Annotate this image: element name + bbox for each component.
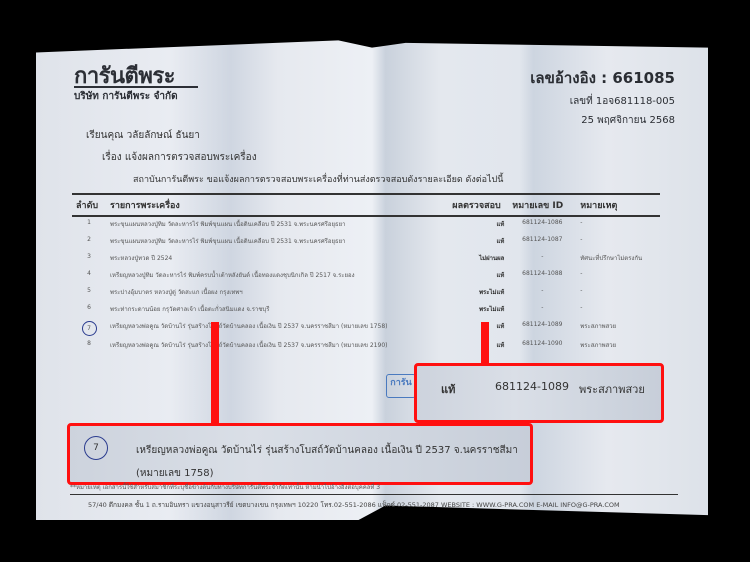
row-id: 681124-1086 xyxy=(508,216,576,234)
table-row: 2พระขุนแผนหลวงปู่ทิม วัดละหารไร่ พิมพ์ขุ… xyxy=(72,234,660,251)
table-row: 7เหรียญหลวงพ่อคูณ วัดบ้านไร่ รุ่นสร้างโบ… xyxy=(72,319,660,338)
col-note: หมายเหตุ xyxy=(576,194,660,216)
footer-note: **หมายเหตุ เอกสารนี้ใช้สำหรับสมาชิกที่ระ… xyxy=(70,482,380,492)
pen-circle: 7 xyxy=(82,321,97,336)
row-note: ทัศนะที่ปรึกษาไม่ตรงกัน xyxy=(576,251,660,268)
row-id: 681124-1090 xyxy=(508,338,576,355)
row-item: พระปางอุ้มบาตร หลวงปู่ดู่ วัดสะแก เนื้อผ… xyxy=(106,285,448,302)
footer-address: 57/40 ตึกมงคล ชั้น 1 ถ.รามอินทรา แขวงอนุ… xyxy=(88,500,620,510)
row-id: - xyxy=(508,251,576,268)
row-item: เหรียญหลวงปู่ทิม วัดละหารไร่ พิมพ์ครบน้ำ… xyxy=(106,268,448,285)
row-item: พระหลวงปู่ทวด ปี 2524 xyxy=(106,251,448,268)
row-number: 2 xyxy=(72,234,106,251)
row-id: 681124-1087 xyxy=(508,234,576,251)
row-note: - xyxy=(576,302,660,319)
col-result: ผลตรวจสอบ xyxy=(448,194,508,216)
row-item: พระท่ากระดานน้อย กรุวัดศาลเจ้า เนื้อตะกั… xyxy=(106,302,448,319)
row-result: แท้ xyxy=(448,338,508,355)
row-item: เหรียญหลวงพ่อคูณ วัดบ้านไร่ รุ่นสร้างโบส… xyxy=(106,319,448,338)
logo-divider xyxy=(74,86,198,88)
reference-number: เลขอ้างอิง : 661085 xyxy=(530,66,675,90)
row-number: 6 xyxy=(72,302,106,319)
row-item: เหรียญหลวงพ่อคูณ วัดบ้านไร่ รุ่นสร้างโบส… xyxy=(106,338,448,355)
row-note: - xyxy=(576,216,660,234)
row-note: - xyxy=(576,234,660,251)
row-note: - xyxy=(576,285,660,302)
table-row: 1พระขุนแผนหลวงปู่ทิม วัดละหารไร่ พิมพ์ขุ… xyxy=(72,216,660,234)
row-number: 5 xyxy=(72,285,106,302)
highlight-note: พระสภาพสวย xyxy=(579,380,645,398)
row-result: แท้ xyxy=(448,268,508,285)
row-number: 1 xyxy=(72,216,106,234)
row-note: - xyxy=(576,268,660,285)
row-result: พระไม่แท้ xyxy=(448,285,508,302)
row-result: แท้ xyxy=(448,216,508,234)
table-row: 5พระปางอุ้มบาตร หลวงปู่ดู่ วัดสะแก เนื้อ… xyxy=(72,285,660,302)
table-row: 8เหรียญหลวงพ่อคูณ วัดบ้านไร่ รุ่นสร้างโบ… xyxy=(72,338,660,355)
results-table: ลำดับ รายการพระเครื่อง ผลตรวจสอบ หมายเลข… xyxy=(72,193,660,355)
col-item: รายการพระเครื่อง xyxy=(106,194,448,216)
row-note: พระสภาพสวย xyxy=(576,319,660,338)
table-row: 3พระหลวงปู่ทวด ปี 2524ไม่ผ่านผล-ทัศนะที่… xyxy=(72,251,660,268)
highlight-item-text: เหรียญหลวงพ่อคูณ วัดบ้านไร่ รุ่นสร้างโบส… xyxy=(136,439,526,485)
row-number: 8 xyxy=(72,338,106,355)
highlight-result-box: แท้ 681124-1089 พระสภาพสวย xyxy=(414,363,664,423)
document-number: เลขที่ 1อจ681118-005 xyxy=(570,94,675,109)
intro-text: สถาบันการันตีพระ ขอแจ้งผลการตรวจสอบพระเค… xyxy=(133,172,503,186)
table-row: 6พระท่ากระดานน้อย กรุวัดศาลเจ้า เนื้อตะก… xyxy=(72,302,660,319)
connector-line-left xyxy=(211,322,219,426)
footer-divider xyxy=(70,494,678,495)
document-date: 25 พฤศจิกายน 2568 xyxy=(581,113,675,128)
highlight-item-box: 7 เหรียญหลวงพ่อคูณ วัดบ้านไร่ รุ่นสร้างโ… xyxy=(67,423,533,485)
row-number: 4 xyxy=(72,268,106,285)
connector-line-right xyxy=(481,322,489,364)
row-result: แท้ xyxy=(448,234,508,251)
row-item: พระขุนแผนหลวงปู่ทิม วัดละหารไร่ พิมพ์ขุน… xyxy=(106,216,448,234)
row-item: พระขุนแผนหลวงปู่ทิม วัดละหารไร่ พิมพ์ขุน… xyxy=(106,234,448,251)
row-result: แท้ xyxy=(448,319,508,338)
row-result: พระไม่แท้ xyxy=(448,302,508,319)
row-id: 681124-1089 xyxy=(508,319,576,338)
table-header: ลำดับ รายการพระเครื่อง ผลตรวจสอบ หมายเลข… xyxy=(72,194,660,216)
circled-number: 7 xyxy=(84,436,108,460)
company-stamp: การัน xyxy=(386,374,416,398)
row-note: พระสภาพสวย xyxy=(576,338,660,355)
col-id: หมายเลข ID xyxy=(508,194,576,216)
recipient: เรียนคุณ วลัยลักษณ์ ธันยา xyxy=(86,128,200,143)
row-number: 3 xyxy=(72,251,106,268)
subject: เรื่อง แจ้งผลการตรวจสอบพระเครื่อง xyxy=(102,150,257,165)
highlight-result: แท้ xyxy=(441,380,455,398)
col-no: ลำดับ xyxy=(72,194,106,216)
company-name: บริษัท การันตีพระ จำกัด xyxy=(74,89,178,104)
row-id: 681124-1088 xyxy=(508,268,576,285)
row-number: 7 xyxy=(72,319,106,338)
table-row: 4เหรียญหลวงปู่ทิม วัดละหารไร่ พิมพ์ครบน้… xyxy=(72,268,660,285)
row-id: - xyxy=(508,285,576,302)
row-id: - xyxy=(508,302,576,319)
highlight-id: 681124-1089 xyxy=(495,380,569,393)
row-result: ไม่ผ่านผล xyxy=(448,251,508,268)
